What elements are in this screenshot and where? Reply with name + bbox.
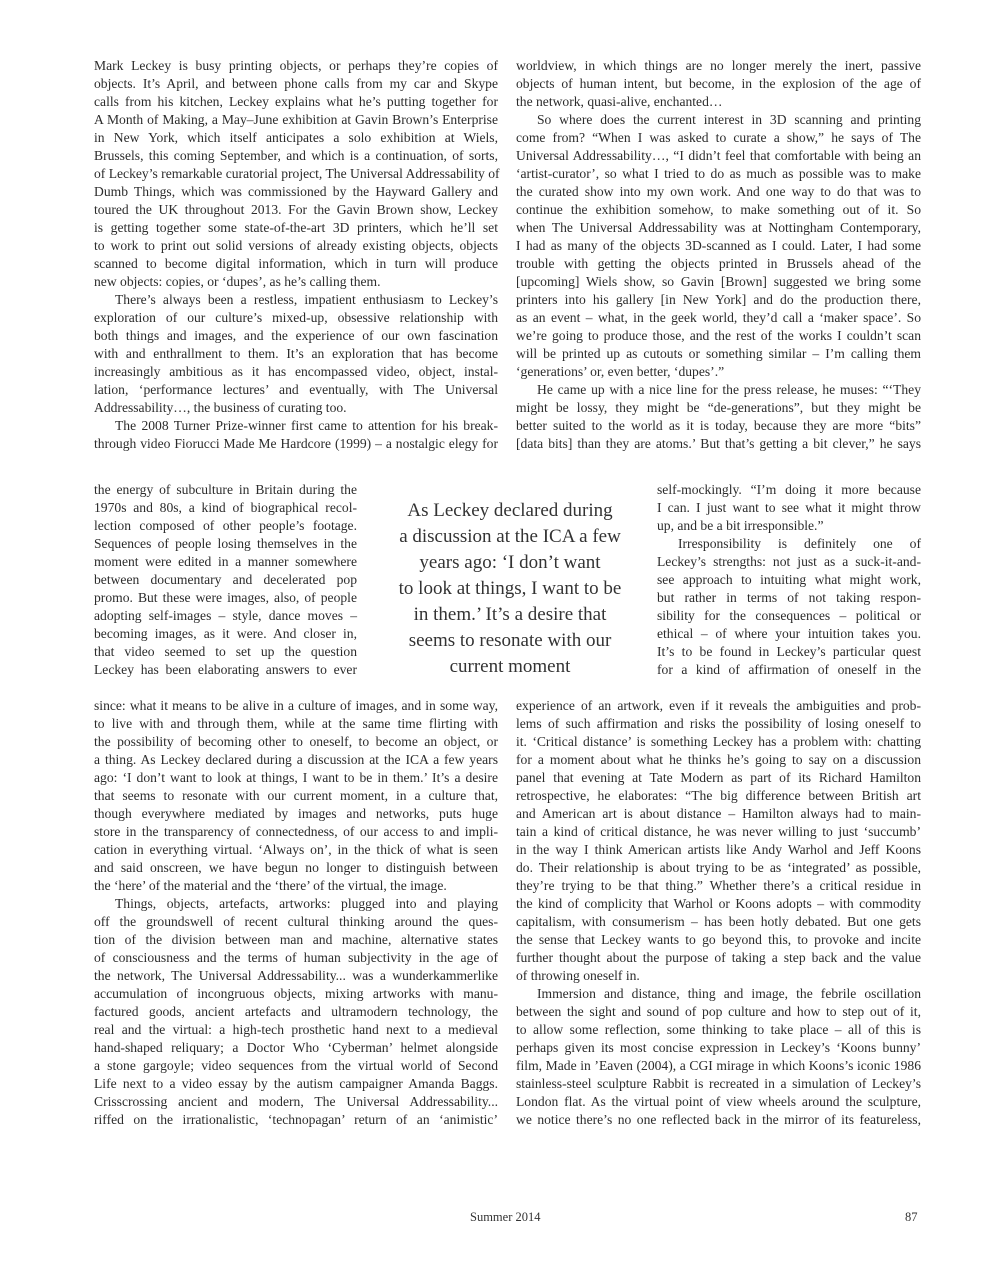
text-line: that seems to resonate with our current … — [94, 787, 498, 805]
text-line: factured goods, ancient artefacts and ul… — [94, 1003, 498, 1021]
text-line: Irresponsibility is definitely one of — [657, 535, 921, 553]
text-line: the energy of subculture in Britain duri… — [94, 481, 357, 499]
text-line: retrospective, he elaborates: “The big d… — [516, 787, 921, 805]
pull-quote-line: to look at things, I want to be — [378, 576, 642, 602]
text-line: it. ‘Critical distance’ is something Lec… — [516, 733, 921, 751]
text-line: see approach to intuiting what might wor… — [657, 571, 921, 589]
text-line: [upcoming] Wiels show, so Gavin [Brown] … — [516, 273, 921, 291]
text-line: riffed on the irrationalistic, ‘technopa… — [94, 1111, 498, 1129]
text-line: they’re trying to be that thing.” Whethe… — [516, 877, 921, 895]
text-line: Addressability…, the business of curatin… — [94, 399, 498, 417]
text-line: cation in everything virtual. ‘Always on… — [94, 841, 498, 859]
text-line: calls from his kitchen, Leckey explains … — [94, 93, 498, 111]
text-line: I can. I just want to see what it might … — [657, 499, 921, 517]
text-line: tain a kind of critical distance, he was… — [516, 823, 921, 841]
text-line: Mark Leckey is busy printing objects, or… — [94, 57, 498, 75]
text-line: objects of human intent, but become, in … — [516, 75, 921, 93]
text-line: of throwing oneself in. — [516, 967, 921, 985]
text-line: store in the transparency of connectedne… — [94, 823, 498, 841]
pull-quote-line: As Leckey declared during — [378, 498, 642, 524]
text-line: A Month of Making, a May–June exhibition… — [94, 111, 498, 129]
text-line: The 2008 Turner Prize-winner first came … — [94, 417, 498, 435]
text-line: increasingly ambitious as it has encompa… — [94, 363, 498, 381]
text-line: in New York, which itself anticipates a … — [94, 129, 498, 147]
text-line: and American art is about distance – Ham… — [516, 805, 921, 823]
text-line: Universal Addressability…, “I didn’t fee… — [516, 147, 921, 165]
text-line: sibility for the consequences – politica… — [657, 607, 921, 625]
text-line: for a moment about what he thinks he’s g… — [516, 751, 921, 769]
text-line: perhaps given its most concise expressio… — [516, 1039, 921, 1057]
text-line: accumulation of incongruous objects, mix… — [94, 985, 498, 1003]
text-line: continue the exhibition somehow, to make… — [516, 201, 921, 219]
text-line: moment were edited in a manner somewhere — [94, 553, 357, 571]
text-line: in the way I think American artists like… — [516, 841, 921, 859]
text-line: to allow some reflection, some thinking … — [516, 1021, 921, 1039]
text-line: up, and be a bit irresponsible.” — [657, 517, 921, 535]
text-line: [data bits] than they are atoms.’ But th… — [516, 435, 921, 453]
text-line: we’re going to produce those, and the re… — [516, 327, 921, 345]
text-line: experience of an artwork, even if it rev… — [516, 697, 921, 715]
text-line: with and enthrallment to them. It’s an e… — [94, 345, 498, 363]
text-line: the possibility of becoming other to one… — [94, 733, 498, 751]
text-line: Life next to a video essay by the autism… — [94, 1075, 498, 1093]
text-line: though everywhere mediated by images and… — [94, 805, 498, 823]
text-line: off the groundswell of recent cultural t… — [94, 913, 498, 931]
text-line: I had as many of the objects 3D-scanned … — [516, 237, 921, 255]
text-line: Leckey has been elaborating answers to e… — [94, 661, 357, 679]
text-line: but rather in terms of not taking respon… — [657, 589, 921, 607]
text-line: worldview, in which things are no longer… — [516, 57, 921, 75]
text-line: film, Made in ’Eaven (2004), a CGI mirag… — [516, 1057, 921, 1075]
text-line: through video Fiorucci Made Me Hardcore … — [94, 435, 498, 453]
text-line: tion of the division between man and mac… — [94, 931, 498, 949]
text-line: hand-shaped reliquary; a Doctor Who ‘Cyb… — [94, 1039, 498, 1057]
text-line: Things, objects, artefacts, artworks: pl… — [94, 895, 498, 913]
text-line: a thing. As Leckey declared during a dis… — [94, 751, 498, 769]
text-line: for a kind of affirmation of oneself in … — [657, 661, 921, 679]
text-line: ago: ‘I don’t want to look at things, I … — [94, 769, 498, 787]
footer-page-number: 87 — [905, 1210, 918, 1225]
text-line: lection composed of other people’s foota… — [94, 517, 357, 535]
text-line: lation, ‘performance lectures’ and event… — [94, 381, 498, 399]
text-line: Crisscrossing ancient and modern, The Un… — [94, 1093, 498, 1111]
text-line: further thought about the purpose of tak… — [516, 949, 921, 967]
text-line: real and the virtual: a high-tech prosth… — [94, 1021, 498, 1039]
pull-quote-line: seems to resonate with our — [378, 628, 642, 654]
text-line: do. Their relationship is about trying t… — [516, 859, 921, 877]
pull-quote-line: a discussion at the ICA a few — [378, 524, 642, 550]
text-line: of Leckey’s remarkable curatorial projec… — [94, 165, 498, 183]
magazine-page: Mark Leckey is busy printing objects, or… — [0, 0, 1002, 1280]
text-line: toured the UK throughout 2013. For the G… — [94, 201, 498, 219]
text-line: There’s always been a restless, impatien… — [94, 291, 498, 309]
text-line: ‘generations’ or, even better, ‘dupes’.” — [516, 363, 921, 381]
text-line: Immersion and distance, thing and image,… — [516, 985, 921, 1003]
text-line: exploration of our culture’s mixed-up, o… — [94, 309, 498, 327]
text-line: scanned to become digital information, w… — [94, 255, 498, 273]
text-line: between the sight and sound of pop cultu… — [516, 1003, 921, 1021]
text-line: self-mockingly. “I’m doing it more becau… — [657, 481, 921, 499]
text-line: So where does the current interest in 3D… — [516, 111, 921, 129]
text-line: between documentary and decelerated pop — [94, 571, 357, 589]
text-line: is getting together some state-of-the-ar… — [94, 219, 498, 237]
text-line: we notice there’s no one reflected back … — [516, 1111, 921, 1129]
pull-quote-line: in them.’ It’s a desire that — [378, 602, 642, 628]
text-line: the network, The Universal Addressabilit… — [94, 967, 498, 985]
text-line: promo. But these were images, also, of p… — [94, 589, 357, 607]
text-line: the kind of complicity that Warhol or Ko… — [516, 895, 921, 913]
text-line: capitalism, with consumerism – has been … — [516, 913, 921, 931]
text-line: printers into his gallery [in New York] … — [516, 291, 921, 309]
text-line: panel that evening at Tate Modern as par… — [516, 769, 921, 787]
text-line: will be printed up as cutouts or somethi… — [516, 345, 921, 363]
text-line: Dumb Things, which was commissioned by t… — [94, 183, 498, 201]
text-line: to live with and through them, while at … — [94, 715, 498, 733]
text-line: both things and images, and the experien… — [94, 327, 498, 345]
text-line: as an event – what, in the geek world, t… — [516, 309, 921, 327]
text-line: might be lossy, they might be “de-genera… — [516, 399, 921, 417]
text-line: come from? “When I was asked to curate a… — [516, 129, 921, 147]
text-line: objects. It’s April, and between phone c… — [94, 75, 498, 93]
text-line: Leckey’s strengths: not just as a suck-i… — [657, 553, 921, 571]
text-line: He came up with a nice line for the pres… — [516, 381, 921, 399]
text-line: It’s to be found in Leckey’s particular … — [657, 643, 921, 661]
text-line: new objects: copies, or ‘dupes’, as he’s… — [94, 273, 498, 291]
text-line: the network, quasi-alive, enchanted… — [516, 93, 921, 111]
text-line: lems of such affirmation and risks the p… — [516, 715, 921, 733]
pull-quote-line: years ago: ‘I don’t want — [378, 550, 642, 576]
text-line: since: what it means to be alive in a cu… — [94, 697, 498, 715]
text-line: Brussels, this coming September, and whi… — [94, 147, 498, 165]
text-line: ethical – of where your intuition takes … — [657, 625, 921, 643]
footer-issue-date: Summer 2014 — [470, 1210, 540, 1225]
text-line: becoming images, as it were. And closer … — [94, 625, 357, 643]
text-line: of consciousness and the terms of human … — [94, 949, 498, 967]
text-line: the sense that Leckey wants to go beyond… — [516, 931, 921, 949]
text-line: better suited to the world as it is toda… — [516, 417, 921, 435]
text-line: and said onscreen, we have begun no long… — [94, 859, 498, 877]
text-line: London flat. As the virtual point of vie… — [516, 1093, 921, 1111]
text-line: adopting self-images – style, dance move… — [94, 607, 357, 625]
text-line: Sequences of people losing themselves in… — [94, 535, 357, 553]
text-line: when The Universal Addressability was at… — [516, 219, 921, 237]
text-line: trouble with getting the objects printed… — [516, 255, 921, 273]
text-line: the ‘here’ of the material and the ‘ther… — [94, 877, 498, 895]
text-line: the curated show into my own work. And o… — [516, 183, 921, 201]
pull-quote: As Leckey declared duringa discussion at… — [378, 498, 642, 680]
text-line: ‘artist-curator’, so what I tried to do … — [516, 165, 921, 183]
pull-quote-line: current moment — [378, 654, 642, 680]
text-line: to work to print out solid versions of a… — [94, 237, 498, 255]
text-line: 1970s and 80s, a kind of biographical re… — [94, 499, 357, 517]
text-line: a stone gargoyle; video sequences from t… — [94, 1057, 498, 1075]
text-line: stainless-steel sculpture Rabbit is recr… — [516, 1075, 921, 1093]
text-line: that video seemed to set up the question — [94, 643, 357, 661]
